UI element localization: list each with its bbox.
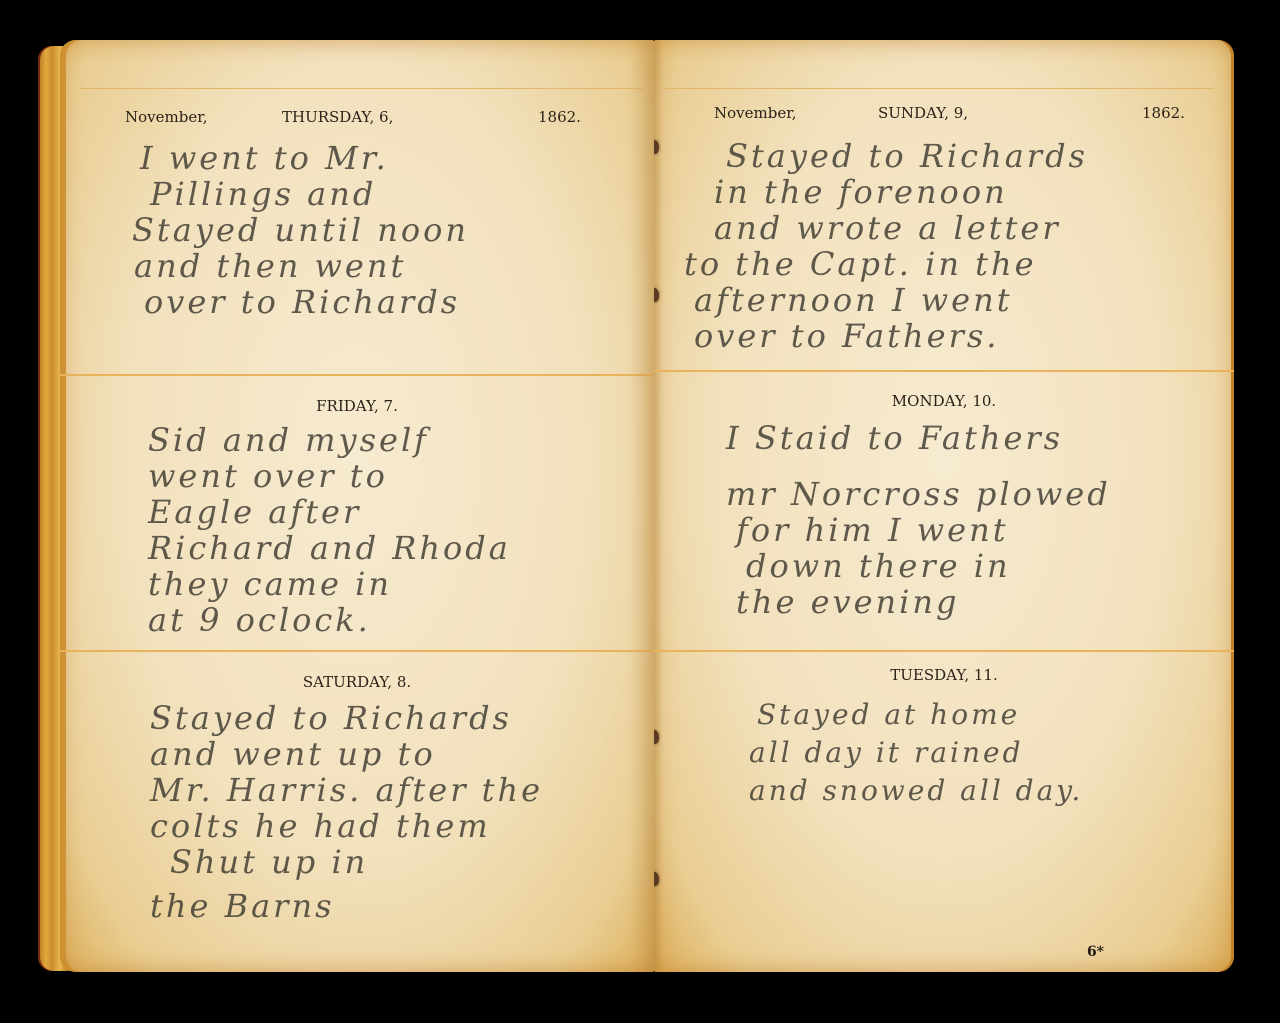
diary-entry-monday: I Staid to Fathers mr Norcross plowed fo… — [654, 420, 1234, 620]
entry-line: for him I went — [726, 512, 1234, 548]
day-heading-monday: MONDAY, 10. — [654, 392, 1234, 410]
entry-line: to the Capt. in the — [684, 246, 1234, 282]
diary-entry-saturday: Stayed to Richards and went up to Mr. Ha… — [60, 700, 654, 924]
section-divider — [60, 374, 654, 376]
section-divider — [60, 650, 654, 652]
entry-line: Mr. Harris. after the — [150, 772, 654, 808]
entry-line: the evening — [726, 584, 1234, 620]
right-page: November, SUNDAY, 9, 1862. Stayed to Ric… — [654, 40, 1234, 972]
entry-line: and wrote a letter — [704, 210, 1234, 246]
entry-line: I went to Mr. — [140, 140, 654, 176]
header-year: 1862. — [538, 108, 581, 126]
entry-line: Stayed at home — [749, 696, 1234, 734]
header-month: November, — [714, 104, 797, 122]
day-heading-tuesday: TUESDAY, 11. — [654, 666, 1234, 684]
entry-line: they came in — [148, 566, 654, 602]
entry-line: afternoon I went — [694, 282, 1234, 318]
entry-line: Eagle after — [148, 494, 654, 530]
entry-line: mr Norcross plowed — [726, 476, 1234, 512]
entry-line: I Staid to Fathers — [726, 420, 1234, 456]
entry-line: and snowed all day. — [749, 772, 1234, 810]
header-day: SUNDAY, 9, — [878, 104, 968, 122]
diary-entry-tuesday: Stayed at home all day it rained and sno… — [654, 696, 1234, 810]
entry-line: the Barns — [150, 888, 654, 924]
diary-entry-thursday: I went to Mr. Pillings and Stayed until … — [60, 140, 654, 320]
diary-entry-friday: Sid and myself went over to Eagle after … — [60, 422, 654, 638]
day-heading-friday: FRIDAY, 7. — [60, 397, 654, 415]
entry-line: over to Fathers. — [694, 318, 1234, 354]
entry-line: over to Richards — [140, 284, 654, 320]
entry-line: at 9 oclock. — [148, 602, 654, 638]
entry-line: Sid and myself — [148, 422, 654, 458]
section-divider — [654, 650, 1234, 652]
entry-line: and went up to — [150, 736, 654, 772]
binding-stitch — [654, 872, 659, 886]
entry-line: went over to — [148, 458, 654, 494]
diary-spread: November, THURSDAY, 6, 1862. I went to M… — [38, 40, 1238, 975]
entry-line: down there in — [726, 548, 1234, 584]
entry-line: Shut up in — [150, 844, 654, 880]
entry-line: in the forenoon — [704, 174, 1234, 210]
header-month: November, — [125, 108, 208, 126]
entry-line: and then went — [134, 248, 654, 284]
day-heading-saturday: SATURDAY, 8. — [60, 673, 654, 691]
diary-entry-sunday: Stayed to Richards in the forenoon and w… — [654, 138, 1234, 354]
top-rule — [664, 88, 1214, 89]
entry-line: Stayed to Richards — [704, 138, 1234, 174]
header-day: THURSDAY, 6, — [282, 108, 393, 126]
entry-line: all day it rained — [749, 734, 1234, 772]
entry-line: colts he had them — [150, 808, 654, 844]
left-page: November, THURSDAY, 6, 1862. I went to M… — [60, 40, 654, 972]
top-rule — [80, 88, 644, 89]
entry-line: Stayed to Richards — [150, 700, 654, 736]
page-number: 6* — [1087, 944, 1104, 960]
entry-line: Richard and Rhoda — [148, 530, 654, 566]
entry-line: Pillings and — [140, 176, 654, 212]
section-divider — [654, 370, 1234, 372]
entry-line-blank — [726, 456, 1234, 476]
entry-line: Stayed until noon — [132, 212, 654, 248]
header-year: 1862. — [1142, 104, 1185, 122]
